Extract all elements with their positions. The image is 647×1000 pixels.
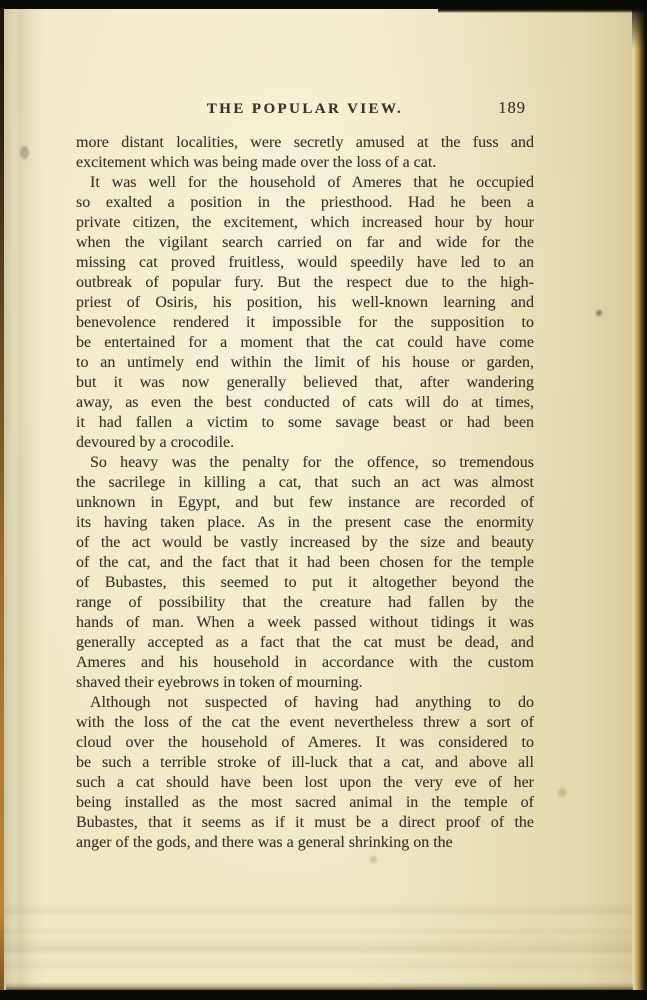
text-line: anger of the gods, and there was a gener… <box>76 833 534 853</box>
scan-border-bottom <box>0 990 647 1000</box>
page-header: THE POPULAR VIEW. 189 <box>76 100 534 118</box>
scan-border-top <box>0 0 647 9</box>
paragraph: So heavy was the penalty for the offence… <box>76 453 534 693</box>
gutter-shadow <box>4 9 44 990</box>
text-line: but it was now generally believed that, … <box>76 373 534 393</box>
text-line: outbreak of popular fury. But the respec… <box>76 273 534 293</box>
text-line: range of possibility that the creature h… <box>76 593 534 613</box>
text-line: devoured by a crocodile. <box>76 433 534 453</box>
text-line: when the vigilant search carried on far … <box>76 233 534 253</box>
text-line: of Bubastes, this seemed to put it altog… <box>76 573 534 593</box>
page-text: more distant localities, were secretly a… <box>76 133 534 853</box>
text-line: So heavy was the penalty for the offence… <box>76 453 534 473</box>
text-line: such a cat should have been lost upon th… <box>76 773 534 793</box>
paragraph: It was well for the household of Ameres … <box>76 173 534 453</box>
page-edge-bottom <box>6 982 633 990</box>
text-line: Bubastes, that it seems as if it must be… <box>76 813 534 833</box>
text-line: Although not suspected of having had any… <box>76 693 534 713</box>
running-title: THE POPULAR VIEW. <box>207 101 403 117</box>
page-edge-stack <box>632 9 647 990</box>
text-line: generally accepted as a fact that the ca… <box>76 633 534 653</box>
text-line: private citizen, the excitement, which i… <box>76 213 534 233</box>
text-line: excitement which was being made over the… <box>76 153 534 173</box>
scan-streaks <box>4 902 632 972</box>
text-line: priest of Osiris, his position, his well… <box>76 293 534 313</box>
paper-speck <box>558 788 567 797</box>
text-line: It was well for the household of Ameres … <box>76 173 534 193</box>
book-page-paper: THE POPULAR VIEW. 189 more distant local… <box>4 9 632 990</box>
text-line: unknown in Egypt, and but few instance a… <box>76 493 534 513</box>
text-line: be entertained for a moment that the cat… <box>76 333 534 353</box>
text-line: being installed as the most sacred anima… <box>76 793 534 813</box>
text-line: shaved their eyebrows in token of mourni… <box>76 673 534 693</box>
text-line: its having taken place. As in the presen… <box>76 513 534 533</box>
paragraph: Although not suspected of having had any… <box>76 693 534 853</box>
text-line: hands of man. When a week passed without… <box>76 613 534 633</box>
text-line: away, as even the best conducted of cats… <box>76 393 534 413</box>
scanned-book-page: THE POPULAR VIEW. 189 more distant local… <box>0 0 647 1000</box>
text-line: of the act would be vastly increased by … <box>76 533 534 553</box>
text-line: benevolence rendered it impossible for t… <box>76 313 534 333</box>
paper-speck <box>596 310 602 316</box>
text-line: be such a terrible stroke of ill-luck th… <box>76 753 534 773</box>
text-line: so exalted a position in the priesthood.… <box>76 193 534 213</box>
text-line: it had fallen a victim to some savage be… <box>76 413 534 433</box>
paper-speck <box>370 856 377 863</box>
text-line: the sacrilege in killing a cat, that suc… <box>76 473 534 493</box>
book-spine-edge <box>0 9 4 990</box>
text-line: Ameres and his household in accordance w… <box>76 653 534 673</box>
text-line: of the cat, and the fact that it had bee… <box>76 553 534 573</box>
text-line: cloud over the household of Ameres. It w… <box>76 733 534 753</box>
paper-speck <box>20 146 29 159</box>
page-number: 189 <box>498 98 526 118</box>
text-line: more distant localities, were secretly a… <box>76 133 534 153</box>
text-line: to an untimely end within the limit of h… <box>76 353 534 373</box>
paragraph: more distant localities, were secretly a… <box>76 133 534 173</box>
text-line: missing cat proved fruitless, would spee… <box>76 253 534 273</box>
text-line: with the loss of the cat the event never… <box>76 713 534 733</box>
